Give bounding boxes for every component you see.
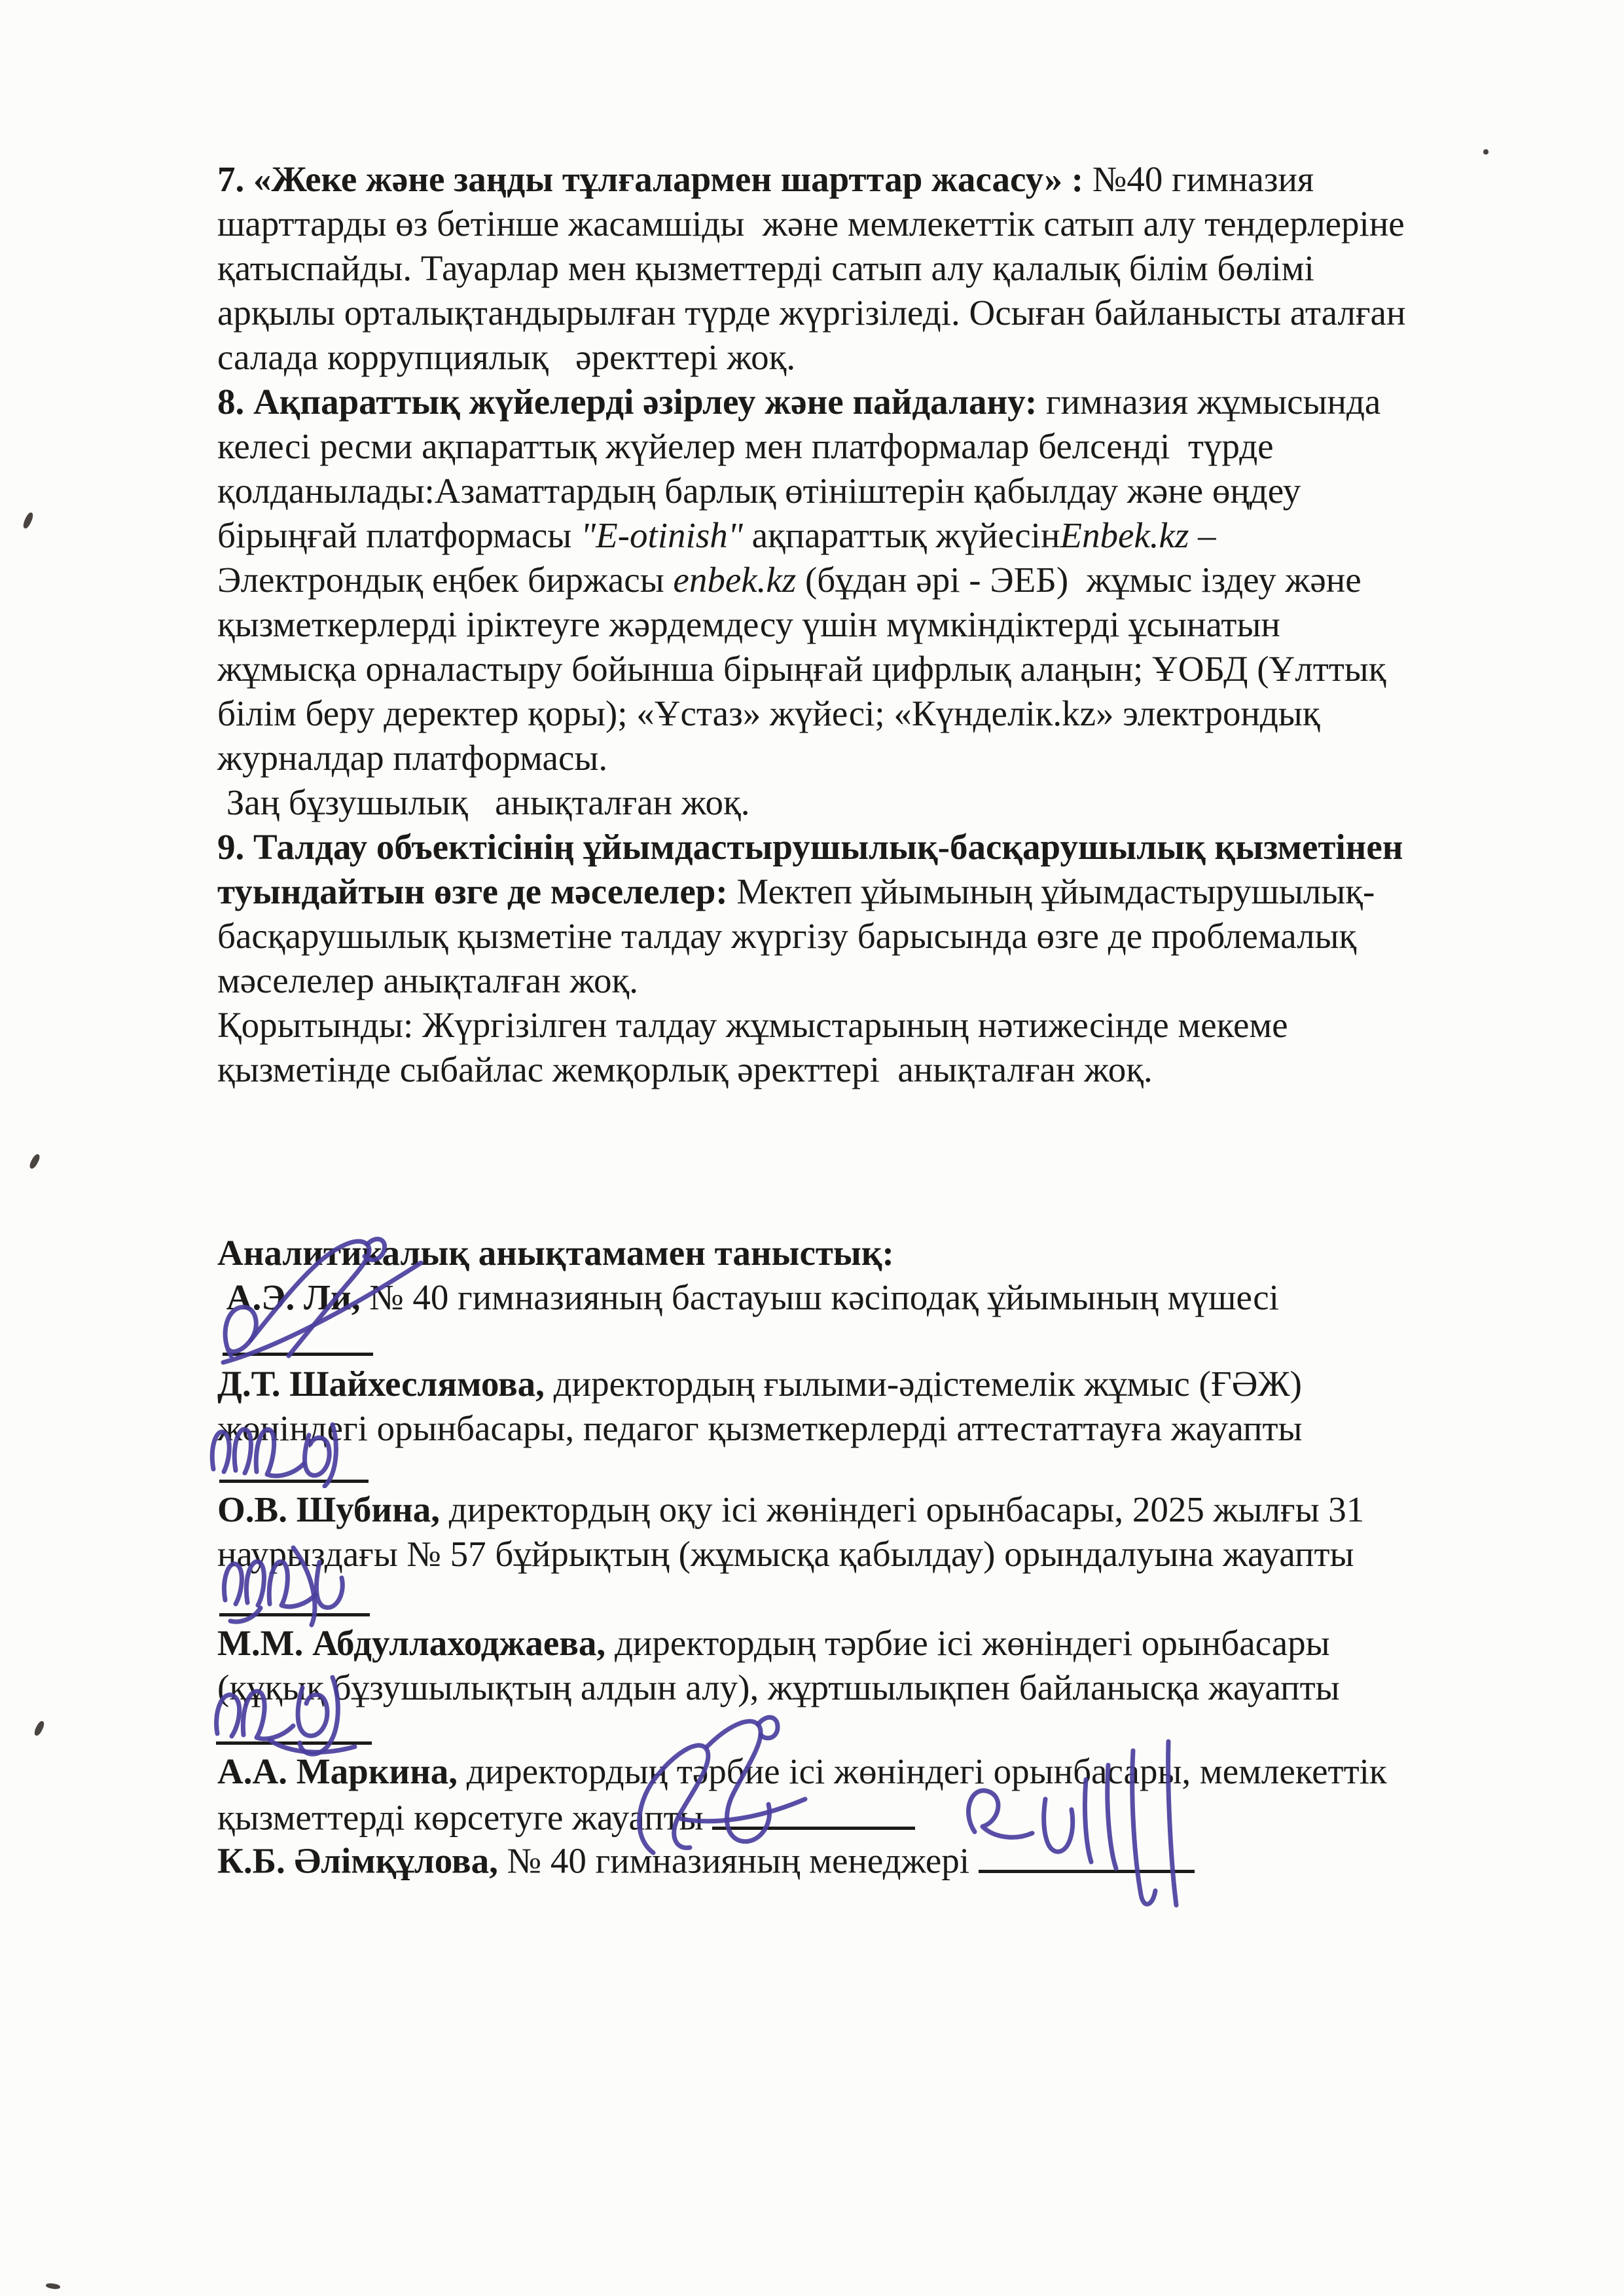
text-line: жөніндегі орынбасары, педагог қызметкерл…: [217, 1406, 1302, 1451]
text-line: К.Б. Әлімқұлова, № 40 гимназияның менедж…: [217, 1837, 1195, 1884]
inline-signature-line: [979, 1837, 1195, 1873]
text-line: (құқық бұзушылықтың алдын алу), жұртшылы…: [217, 1666, 1340, 1710]
ack-entry-markina: А.А. Маркина, директордың тәрбие ісі жөн…: [217, 1749, 1387, 1840]
signature-line: [223, 1353, 373, 1356]
ack-entry-li: А.Э. Ли, № 40 гимназияның бастауыш кәсіп…: [217, 1275, 1279, 1320]
text-line: бірыңғай платформасы "E-otinish" ақпарат…: [217, 513, 1405, 558]
text-line: қызметінде сыбайлас жемқорлық әректтері …: [217, 1048, 1405, 1092]
inline-signature-line: [712, 1794, 915, 1830]
ink-speck: [1483, 149, 1489, 155]
ink-speck: [22, 511, 35, 530]
document-body-text: 7. «Жеке және заңды тұлғалармен шарттар …: [217, 157, 1405, 1092]
text-line: А.Э. Ли, № 40 гимназияның бастауыш кәсіп…: [217, 1275, 1279, 1320]
ink-speck: [28, 1153, 41, 1170]
signature-line: [219, 1613, 370, 1616]
text-line: журналдар платформасы.: [217, 736, 1405, 780]
text-line: білім беру деректер қоры); «Ұстаз» жүйес…: [217, 691, 1405, 736]
signature-line: [219, 1480, 369, 1483]
text-line: мәселелер анықталған жоқ.: [217, 958, 1405, 1003]
text-line: басқарушылық қызметіне талдау жүргізу ба…: [217, 914, 1405, 958]
text-line: туындайтын өзге де мәселелер: Мектеп ұйы…: [217, 869, 1405, 914]
text-line: 7. «Жеке және заңды тұлғалармен шарттар …: [217, 157, 1405, 202]
text-line: наурыздағы № 57 бұйрықтың (жұмысқа қабыл…: [217, 1532, 1364, 1576]
text-line: 8. Ақпараттық жүйелерді әзірлеу және пай…: [217, 380, 1405, 424]
scanned-document-page: 7. «Жеке және заңды тұлғалармен шарттар …: [0, 0, 1624, 2296]
ack-entry-shaikheslyamova: Д.Т. Шайхеслямова, директордың ғылыми-әд…: [217, 1362, 1302, 1451]
text-line: жұмысқа орналастыру бойынша бірыңғай циф…: [217, 647, 1405, 691]
signature-line: [216, 1741, 372, 1745]
text-line: шарттарды өз бетінше жасамшіды және мемл…: [217, 202, 1405, 246]
text-line: Электрондық еңбек биржасы enbek.kz (бұда…: [217, 558, 1405, 602]
ack-entry-alimkulova: К.Б. Әлімқұлова, № 40 гимназияның менедж…: [217, 1837, 1195, 1884]
text-line: қолданылады:Азаматтардың барлық өтініште…: [217, 469, 1405, 513]
ack-entry-abdullakhodzhaeva: М.М. Абдуллаходжаева, директордың тәрбие…: [217, 1621, 1340, 1710]
acknowledgement-heading: Аналитикалық анықтамамен таныстық:: [217, 1231, 894, 1275]
text-line: Қорытынды: Жүргізілген талдау жұмыстарын…: [217, 1003, 1405, 1048]
ink-speck: [46, 2283, 61, 2290]
text-line: келесі ресми ақпараттық жүйелер мен плат…: [217, 424, 1405, 469]
text-line: қатыспайды. Тауарлар мен қызметтерді сат…: [217, 246, 1405, 291]
text-line: Аналитикалық анықтамамен таныстық:: [217, 1231, 894, 1275]
text-line: қызметтерді көрсетуге жауапты: [217, 1794, 1387, 1840]
text-line: қызметкерлерді іріктеуге жәрдемдесу үшін…: [217, 602, 1405, 647]
text-line: Д.Т. Шайхеслямова, директордың ғылыми-әд…: [217, 1362, 1302, 1406]
text-line: Заң бұзушылық анықталған жоқ.: [217, 780, 1405, 825]
text-line: салада коррупциялық әректтері жоқ.: [217, 335, 1405, 380]
text-line: А.А. Маркина, директордың тәрбие ісі жөн…: [217, 1749, 1387, 1794]
ack-entry-shubina: О.В. Шубина, директордың оқу ісі жөнінде…: [217, 1487, 1364, 1576]
text-line: арқылы орталықтандырылған түрде жүргізіл…: [217, 291, 1405, 335]
text-line: М.М. Абдуллаходжаева, директордың тәрбие…: [217, 1621, 1340, 1666]
ink-speck: [33, 1720, 46, 1737]
text-line: О.В. Шубина, директордың оқу ісі жөнінде…: [217, 1487, 1364, 1532]
text-line: 9. Талдау объектісінің ұйымдастырушылық-…: [217, 825, 1405, 869]
